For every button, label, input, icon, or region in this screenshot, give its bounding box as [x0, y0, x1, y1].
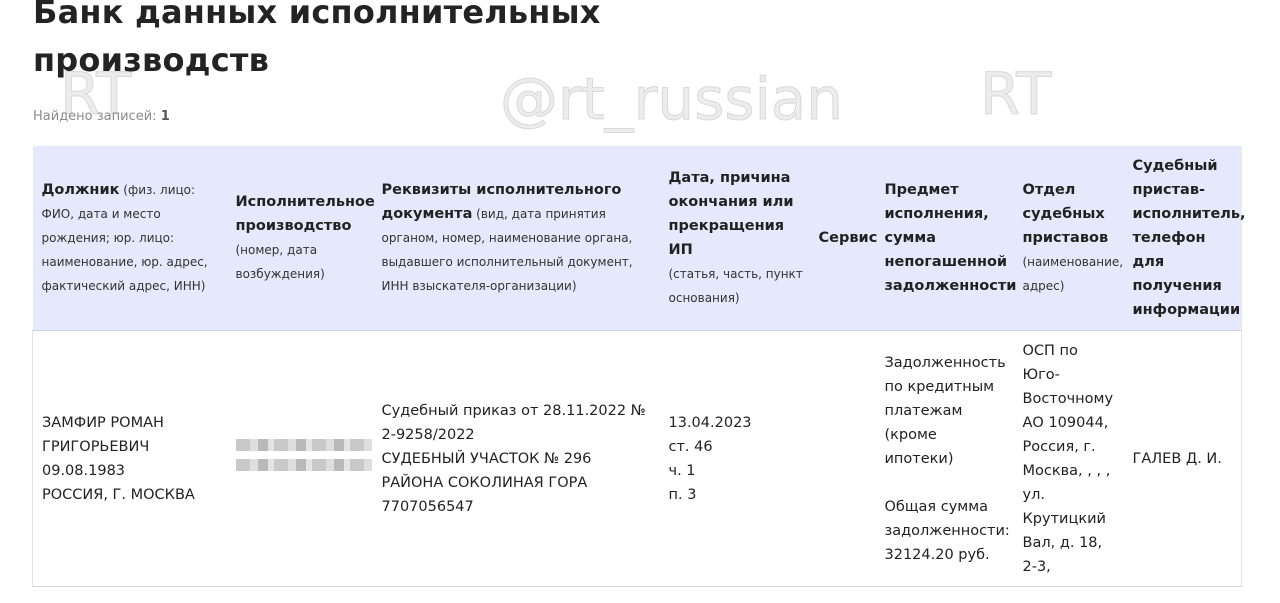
table-header-row: Должник (физ. лицо: ФИО, дата и место ро… — [33, 146, 1242, 331]
header-document: Реквизиты исполнительного документа (вид… — [373, 146, 660, 331]
proceedings-table: Должник (физ. лицо: ФИО, дата и место ро… — [32, 146, 1242, 587]
total-debt: 32124.20 руб. — [885, 543, 1009, 567]
header-debtor: Должник (физ. лицо: ФИО, дата и место ро… — [33, 146, 227, 331]
header-service: Сервис — [810, 146, 876, 331]
cell-document: Судебный приказ от 28.11.2022 № 2-9258/2… — [373, 331, 660, 587]
records-found: Найдено записей: 1 — [33, 109, 170, 124]
redacted-blur — [236, 431, 372, 479]
header-bailiff: Судебный пристав-исполнитель, телефон дл… — [1124, 146, 1242, 331]
cell-subject: Задолженность по кредитным платежам (кро… — [876, 331, 1014, 587]
table-row: ЗАМФИР РОМАН ГРИГОРЬЕВИЧ 09.08.1983 РОСС… — [33, 331, 1242, 587]
header-proceeding: Исполнительное производство(номер, дата … — [227, 146, 373, 331]
header-subject: Предмет исполнения, сумма непогашенной з… — [876, 146, 1014, 331]
records-found-count: 1 — [161, 109, 170, 124]
header-end-date: Дата, причина окончания или прекращения … — [660, 146, 810, 331]
cell-debtor: ЗАМФИР РОМАН ГРИГОРЬЕВИЧ 09.08.1983 РОСС… — [33, 331, 227, 587]
cell-service — [810, 331, 876, 587]
cell-bailiff: ГАЛЕВ Д. И. — [1124, 331, 1242, 587]
cell-proceeding-redacted — [227, 331, 373, 587]
cell-department: ОСП по Юго-Восточному АО 109044, Россия,… — [1014, 331, 1124, 587]
records-found-label: Найдено записей: — [33, 109, 157, 124]
header-department: Отдел судебных приставов(наименование, а… — [1014, 146, 1124, 331]
cell-end-date: 13.04.2023 ст. 46 ч. 1 п. 3 — [660, 331, 810, 587]
page-title: Банк данных исполнительных производств — [33, 0, 673, 84]
watermark-logo: RT — [980, 60, 1052, 128]
